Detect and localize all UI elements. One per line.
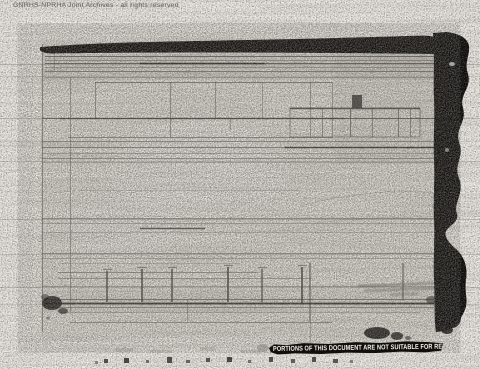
stamp-smudge xyxy=(257,344,268,352)
scan-artwork xyxy=(0,0,480,369)
film-grain xyxy=(0,0,480,369)
archive-watermark-text: GNRHS-NPRHA Joint Archives - all rights … xyxy=(13,2,179,9)
scanned-drawing-page: GNRHS-NPRHA Joint Archives - all rights … xyxy=(0,0,480,369)
restriction-stamp-text: PORTIONS OF THIS DOCUMENT ARE NOT SUITAB… xyxy=(269,343,442,352)
